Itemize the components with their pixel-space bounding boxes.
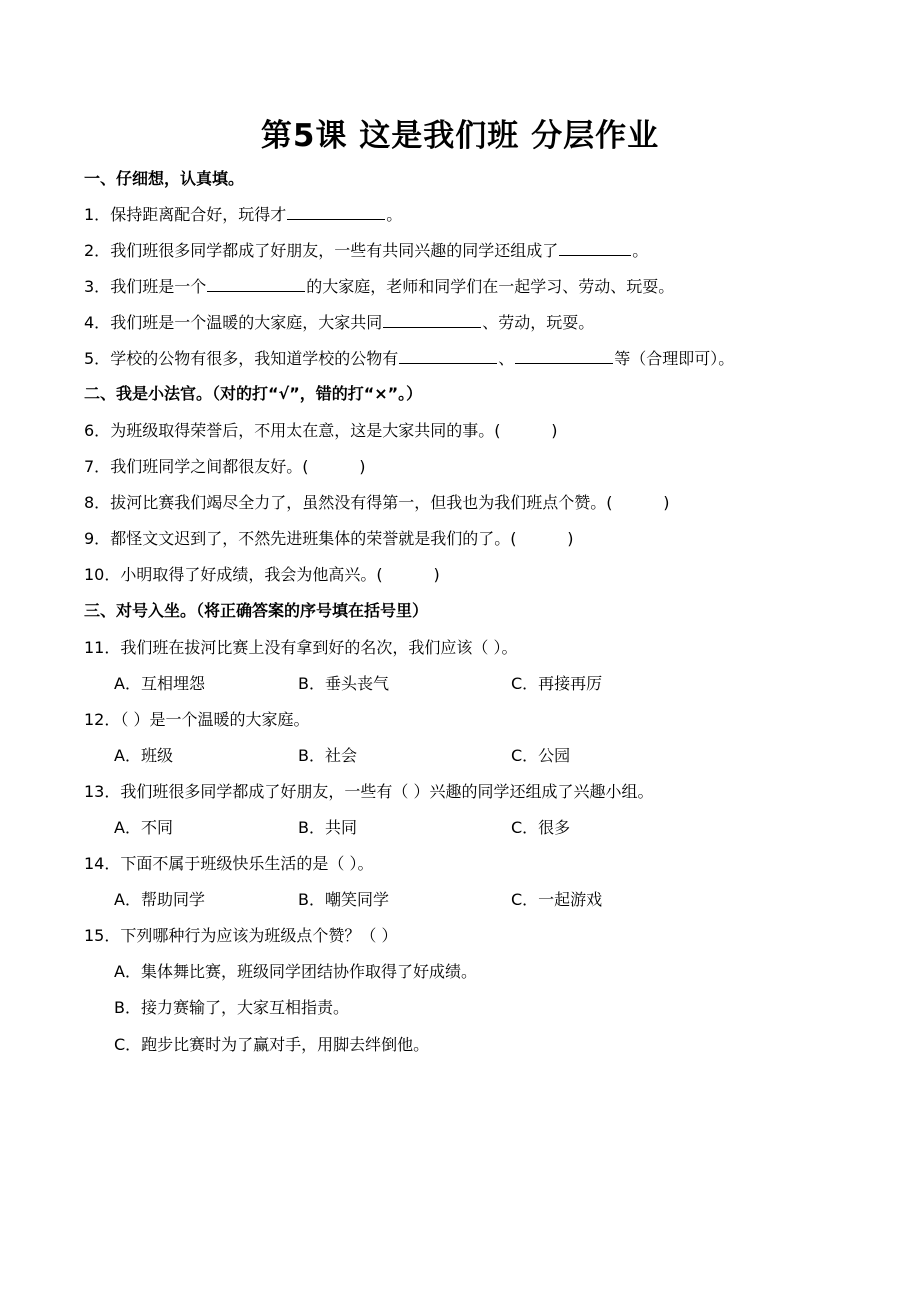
answer-blank[interactable] [399,347,497,364]
answer-blank[interactable] [559,239,631,256]
question-11: 11．我们班在拔河比赛上没有拿到好的名次，我们应该（ ）。 [84,637,517,659]
question-number: 10． [84,565,120,584]
option-b[interactable]: B．接力赛输了，大家互相指责。 [114,997,349,1019]
option-a[interactable]: A．不同 [114,817,173,839]
question-number: 3． [84,277,110,296]
question-number: 9． [84,529,110,548]
question-text: 我们班很多同学都成了好朋友，一些有（ ）兴趣的同学还组成了兴趣小组。 [120,782,653,801]
question-number: 2． [84,241,110,260]
question-text: 我们班是一个 [110,277,206,296]
option-c[interactable]: C．再接再厉 [511,673,602,695]
option-c[interactable]: C．一起游戏 [511,889,602,911]
question-number: 14． [84,854,120,873]
question-text: （ ）是一个温暖的大家庭。 [120,710,309,729]
question-number: 11． [84,638,120,657]
question-7: 7．我们班同学之间都很友好。( ) [84,456,366,478]
question-text: 。 [632,241,648,260]
question-text: 。 [386,205,402,224]
question-1: 1．保持距离配合好，玩得才。 [84,203,402,226]
option-b[interactable]: B．社会 [298,745,357,767]
question-text: 拔河比赛我们竭尽全力了，虽然没有得第一，但我也为我们班点个赞。 [110,493,606,512]
question-text: 、 [498,349,514,368]
option-a[interactable]: A．班级 [114,745,173,767]
answer-parentheses[interactable]: ( ) [510,528,573,550]
answer-blank[interactable] [515,347,613,364]
option-b[interactable]: B．垂头丧气 [298,673,389,695]
question-3: 3．我们班是一个的大家庭，老师和同学们在一起学习、劳动、玩耍。 [84,275,674,298]
question-number: 8． [84,493,110,512]
question-2: 2．我们班很多同学都成了好朋友，一些有共同兴趣的同学还组成了。 [84,239,648,262]
option-b[interactable]: B．嘲笑同学 [298,889,389,911]
question-number: 13． [84,782,120,801]
question-10: 10．小明取得了好成绩，我会为他高兴。( ) [84,564,440,586]
answer-blank[interactable] [207,275,305,292]
question-15: 15．下列哪种行为应该为班级点个赞？（ ） [84,925,397,947]
question-number: 7． [84,457,110,476]
answer-parentheses[interactable]: ( ) [606,492,669,514]
option-a[interactable]: A．集体舞比赛，班级同学团结协作取得了好成绩。 [114,961,477,983]
question-text: 学校的公物有很多，我知道学校的公物有 [110,349,398,368]
question-text: 我们班是一个温暖的大家庭，大家共同 [110,313,382,332]
section-heading-2: 二、我是小法官。（对的打“√”，错的打“×”。） [84,383,422,405]
option-a[interactable]: A．互相埋怨 [114,673,205,695]
question-4: 4．我们班是一个温暖的大家庭，大家共同、劳动，玩耍。 [84,311,594,334]
question-9: 9．都怪文文迟到了，不然先进班集体的荣誉就是我们的了。( ) [84,528,574,550]
option-c[interactable]: C．跑步比赛时为了赢对手，用脚去绊倒他。 [114,1034,429,1056]
question-text: 下面不属于班级快乐生活的是（ ）。 [120,854,373,873]
answer-parentheses[interactable]: ( ) [302,456,365,478]
option-c[interactable]: C．公园 [511,745,570,767]
answer-blank[interactable] [383,311,481,328]
section-heading-3: 三、对号入坐。（将正确答案的序号填在括号里） [84,600,428,622]
question-number: 6． [84,421,110,440]
question-13: 13．我们班很多同学都成了好朋友，一些有（ ）兴趣的同学还组成了兴趣小组。 [84,781,653,803]
question-number: 15． [84,926,120,945]
answer-parentheses[interactable]: ( ) [494,420,557,442]
option-a[interactable]: A．帮助同学 [114,889,205,911]
question-text: 我们班同学之间都很友好。 [110,457,302,476]
question-text: 小明取得了好成绩，我会为他高兴。 [120,565,376,584]
answer-blank[interactable] [287,203,385,220]
question-text: 都怪文文迟到了，不然先进班集体的荣誉就是我们的了。 [110,529,510,548]
question-number: 5． [84,349,110,368]
section-heading-1: 一、仔细想，认真填。 [84,168,244,190]
question-text: 的大家庭，老师和同学们在一起学习、劳动、玩耍。 [306,277,674,296]
question-8: 8．拔河比赛我们竭尽全力了，虽然没有得第一，但我也为我们班点个赞。( ) [84,492,670,514]
question-number: 12． [84,710,120,729]
question-number: 1． [84,205,110,224]
question-text: 保持距离配合好，玩得才 [110,205,286,224]
question-text: 、劳动，玩耍。 [482,313,594,332]
option-b[interactable]: B．共同 [298,817,357,839]
question-14: 14．下面不属于班级快乐生活的是（ ）。 [84,853,373,875]
question-5: 5．学校的公物有很多，我知道学校的公物有、等（合理即可）。 [84,347,734,370]
question-text: 我们班在拔河比赛上没有拿到好的名次，我们应该（ ）。 [120,638,517,657]
question-text: 下列哪种行为应该为班级点个赞？（ ） [120,926,397,945]
question-12: 12．（ ）是一个温暖的大家庭。 [84,709,309,731]
question-6: 6．为班级取得荣誉后，不用太在意，这是大家共同的事。( ) [84,420,558,442]
option-c[interactable]: C．很多 [511,817,570,839]
question-text: 我们班很多同学都成了好朋友，一些有共同兴趣的同学还组成了 [110,241,558,260]
answer-parentheses[interactable]: ( ) [376,564,439,586]
question-number: 4． [84,313,110,332]
page-title: 第5课 这是我们班 分层作业 [0,114,920,158]
question-text: 等（合理即可）。 [614,349,734,368]
question-text: 为班级取得荣誉后，不用太在意，这是大家共同的事。 [110,421,494,440]
